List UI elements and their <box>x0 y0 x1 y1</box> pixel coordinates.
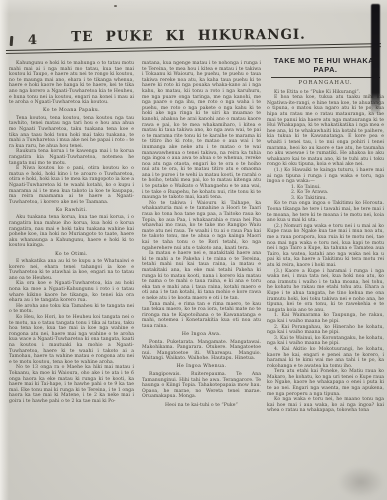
article-body: Ki te Etita o te “Puke Ki Hikurangi”.E h… <box>267 90 384 414</box>
paragraph: E whakatika ana au ki te kupu a te Whatu… <box>9 259 134 281</box>
paragraph: Tana mahi, e rima tan e rima maero, te k… <box>142 302 261 330</box>
article-heading: TAKE MO TE HUI WHAKA- PAPA. <box>267 56 384 74</box>
column-left: Kahungunu e hoki ki te mahunga o to tata… <box>9 61 134 405</box>
column-middle: matana, kua ngenge matau i te nohonga i … <box>142 61 261 409</box>
article-heading-line2: PAPA. <box>314 65 338 74</box>
column-subheading: He Ingoa Whenua. <box>142 364 261 370</box>
paragraph: Ponta. Puketarata. Mangamate. Mangatawai… <box>142 340 261 362</box>
column-subheading: Ko te Moana Papaku. <box>9 108 134 114</box>
newspaper-page: 4 TE PUKE KI HIKURANGI. Kahungunu e hoki… <box>0 0 387 500</box>
paragraph: Rangipowais. Ruiterepauma. Te Ana Tamanu… <box>142 372 261 400</box>
paragraph: E Niwa koutou ko o pani, otira koutou ko… <box>9 166 134 205</box>
masthead-title: TE PUKE KI HIKURANGI. <box>7 26 369 46</box>
paragraph: 1. Kai Waimarama ko Taupunga, he rakau, … <box>267 313 384 324</box>
paragraph: 2. Kai Porangahau, ko Hineraho he kohatu… <box>267 325 384 336</box>
paragraph: He aroha ano toku kia Tamaheu ki te tang… <box>9 304 134 315</box>
scan-edge-artifact <box>371 4 380 115</box>
heading-rule <box>271 77 380 78</box>
scan-smudge-artifact <box>338 466 384 498</box>
paragraph: 3. Kai te Wainui, ko Korontangaku, he ko… <box>267 336 384 347</box>
paragraph: No te takiwa i Waiouru ki Taihape, ka wh… <box>142 201 261 251</box>
paragraph: (3.) Kaore a Kupe i haramai i runga i ng… <box>267 269 384 314</box>
signoff: Heoi na te kai-tuhi o te “Puke” <box>142 403 261 409</box>
article-subheading: PORANGAHAU. <box>267 81 384 87</box>
column-right: TAKE MO TE HUI WHAKA- PAPA. PORANGAHAU. … <box>267 56 384 414</box>
column-subheading: Ko te Otimi. <box>9 252 134 258</box>
column-subheading: Ko Rawhiti. <box>9 208 134 214</box>
paragraph: Tera atu etahi kai Poneke, ko Matiu raua… <box>267 369 384 397</box>
paragraph: Kahungunu e hoki ki te mahunga o to tata… <box>9 61 134 106</box>
paragraph: Ko nga waka e toru nei, he maano tonu ng… <box>267 397 384 414</box>
paragraph: Raukura tena korua i te kawenga mai i to… <box>9 149 134 166</box>
paragraph: Aku tuakana tena korua, kua tae mai koru… <box>9 215 134 249</box>
paragraph: Tena koutou, tena koutou, tena koutou ng… <box>9 116 134 150</box>
paragraph: Ia matau e haere nei e, matakitaki haere… <box>142 251 261 301</box>
paragraph: E hoa tena koe, tukua atu taaku mihi kia… <box>267 95 384 168</box>
article-heading-line1: TAKE MO TE HUI WHAKA- <box>274 56 377 65</box>
paragraph: (2.) Nomuri nga waka e toru nei i u mai … <box>267 224 384 269</box>
paragraph: Ko te rua onga ingoa o Takitimu ko Horou… <box>267 201 384 223</box>
paragraph-continuation: matana, kua ngenge matau i te nohonga i … <box>142 61 261 201</box>
paragraph: Kia ora koe e Ngaati-Tuwharetoa, kia au … <box>9 281 134 303</box>
paragraph: 4. Kai Akitio ko Mokotuurangi, he kohatu… <box>267 347 384 369</box>
paragraph: (1.) Ko Hawaiki te kainga tuturu, i haer… <box>267 168 384 185</box>
column-subheading: He Ingoa Awa. <box>142 332 261 338</box>
scan-speck-artifact <box>114 5 117 7</box>
paragraph: No te 13 onga ra o Maehe ka hiki mai mat… <box>9 365 134 404</box>
paragraph: Ko Heu, ko Hori, ko te Heuheu koi tangat… <box>9 315 134 365</box>
